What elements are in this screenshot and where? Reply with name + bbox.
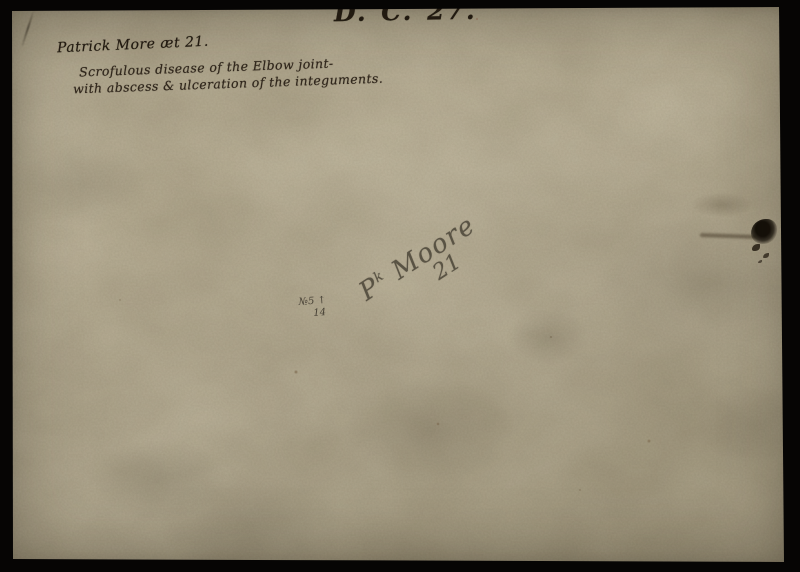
scanned-document: D. C. 27. Patrick More æt 21. Scrofulous… [0, 0, 800, 572]
paper-vignette [0, 0, 800, 572]
paper-sheet: D. C. 27. Patrick More æt 21. Scrofulous… [0, 0, 800, 572]
